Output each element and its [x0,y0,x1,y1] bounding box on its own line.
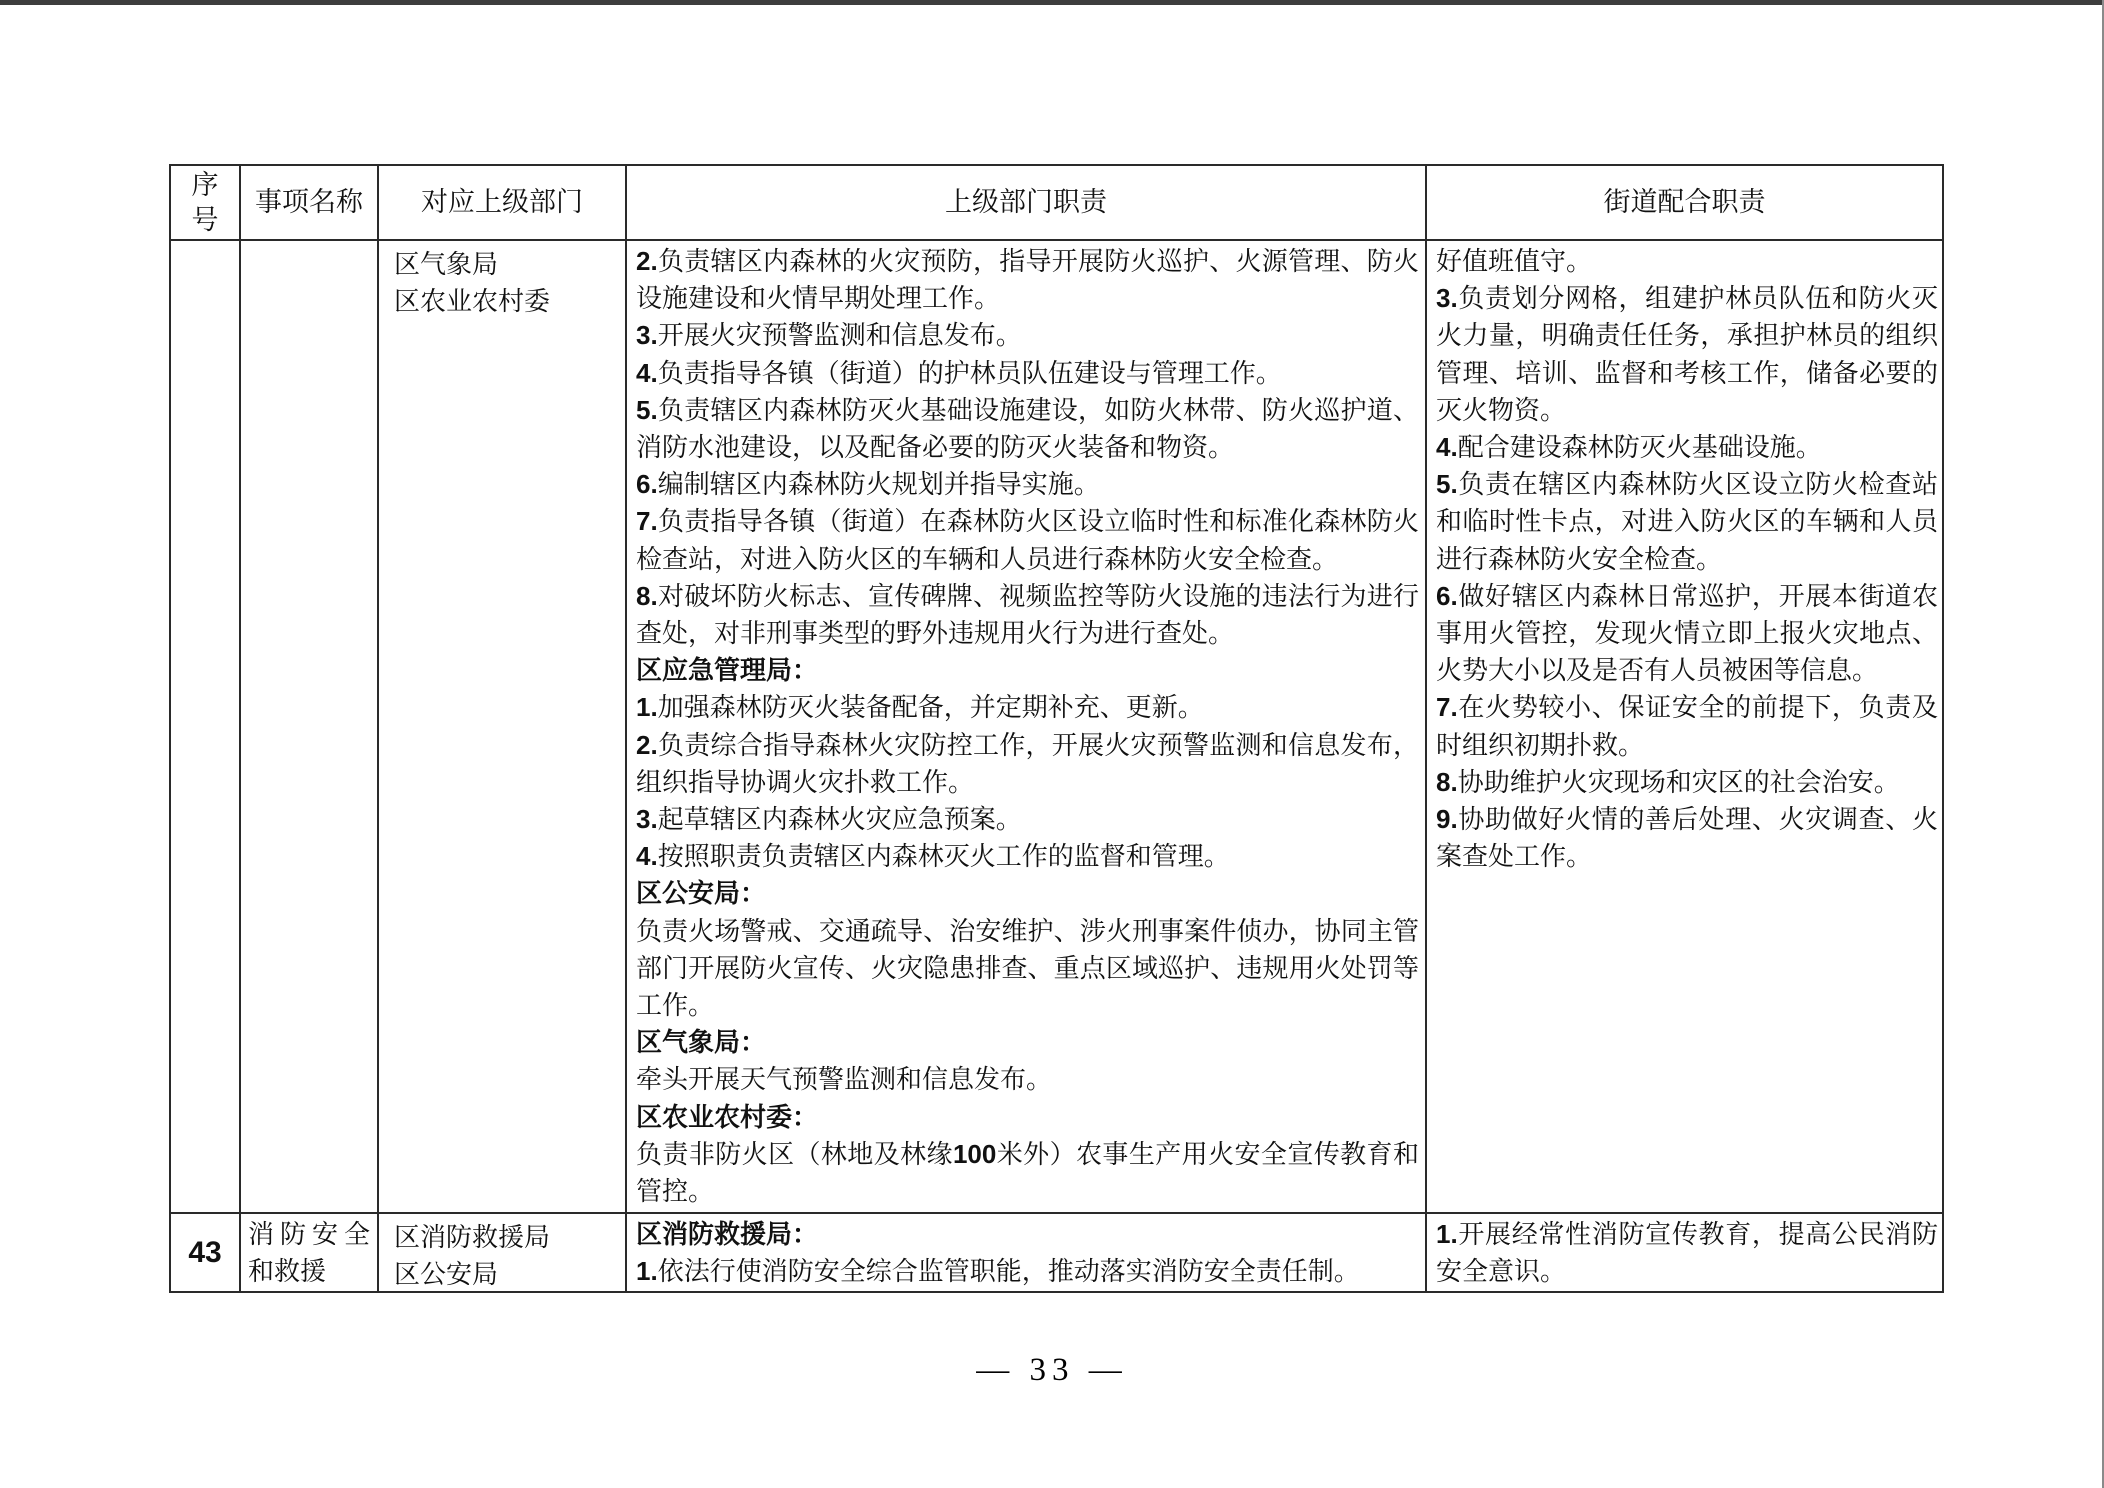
row-continued-name-cell [241,241,379,1214]
department-heading: 区应急管理局： [636,652,1419,689]
duty-item: 1.开展经常性消防宣传教育，提高公民消防安全意识。 [1436,1216,1938,1290]
row-continued-departments-cell: 区气象局区农业农村委 [379,241,627,1214]
duty-item: 7.在火势较小、保证安全的前提下，负责及时组织初期扑救。 [1436,689,1938,763]
row-43-street-duties-cell: 1.开展经常性消防宣传教育，提高公民消防安全意识。 [1427,1214,1942,1291]
department-heading: 区消防救援局： [636,1216,1419,1253]
duty-item: 3.负责划分网格，组建护林员队伍和防火灭火力量，明确责任任务，承担护林员的组织管… [1436,280,1938,429]
duty-item: 6.做好辖区内森林日常巡护，开展本街道农事用火管控，发现火情立即上报火灾地点、火… [1436,578,1938,690]
header-label-seq: 序号 [189,168,221,238]
duty-item: 4.配合建设森林防灭火基础设施。 [1436,429,1938,466]
duty-item: 负责非防火区（林地及林缘100米外）农事生产用火安全宣传教育和管控。 [636,1136,1419,1210]
duty-item: 4.负责指导各镇（街道）的护林员队伍建设与管理工作。 [636,355,1419,392]
page-number: — 33 — [0,1352,2104,1389]
duty-item: 2.负责综合指导森林火灾防控工作，开展火灾预警监测和信息发布，组织指导协调火灾扑… [636,727,1419,801]
duty-item: 区公安局 [394,1256,619,1291]
row-continued-superior-duties-cell: 2.负责辖区内森林的火灾预防，指导开展防火巡护、火源管理、防火设施建设和火情早期… [627,241,1427,1214]
row-43-name-cell: 消防安全和救援 [241,1214,379,1291]
row-continued-street-duties-cell: 好值班值守。3.负责划分网格，组建护林员队伍和防火灭火力量，明确责任任务，承担护… [1427,241,1942,1214]
row-continued-seq-cell [171,241,241,1214]
duty-item: 区消防救援局 [394,1219,619,1256]
department-heading: 区气象局： [636,1024,1419,1061]
duty-item: 好值班值守。 [1436,243,1938,280]
header-cell-superior-dept: 对应上级部门 [379,166,627,241]
department-heading: 区农业农村委： [636,1099,1419,1136]
duty-item: 区农业农村委 [394,283,619,320]
duty-item: 3.开展火灾预警监测和信息发布。 [636,317,1419,354]
duty-item: 1.依法行使消防安全综合监管职能，推动落实消防安全责任制。 [636,1253,1419,1290]
duty-item: 3.起草辖区内森林火灾应急预案。 [636,801,1419,838]
duty-item: 9.协助做好火情的善后处理、火灾调查、火案查处工作。 [1436,801,1938,875]
duty-item: 8.协助维护火灾现场和灾区的社会治安。 [1436,764,1938,801]
header-cell-street-duties: 街道配合职责 [1427,166,1942,241]
duty-item: 1.加强森林防灭火装备配备，并定期补充、更新。 [636,689,1419,726]
duty-item: 5.负责辖区内森林防灭火基础设施建设，如防火林带、防火巡护道、消防水池建设，以及… [636,392,1419,466]
row-43-seq-cell: 43 [171,1214,241,1291]
row-43-departments-cell: 区消防救援局区公安局 [379,1214,627,1291]
responsibility-table: 序号 事项名称 对应上级部门 上级部门职责 街道配合职责 区气象局区农业农村委 … [169,164,1944,1293]
window-top-edge [0,0,2104,5]
duty-item: 5.负责在辖区内森林防火区设立防火检查站和临时性卡点，对进入防火区的车辆和人员进… [1436,466,1938,578]
header-cell-item-name: 事项名称 [241,166,379,241]
row-43-superior-duties-cell: 区消防救援局：1.依法行使消防安全综合监管职能，推动落实消防安全责任制。 [627,1214,1427,1291]
duty-item: 7.负责指导各镇（街道）在森林防火区设立临时性和标准化森林防火检查站，对进入防火… [636,503,1419,577]
document-page: 序号 事项名称 对应上级部门 上级部门职责 街道配合职责 区气象局区农业农村委 … [0,0,2104,1488]
header-cell-seq: 序号 [171,166,241,241]
duty-item: 6.编制辖区内森林防火规划并指导实施。 [636,466,1419,503]
duty-item: 负责火场警戒、交通疏导、治安维护、涉火刑事案件侦办，协同主管部门开展防火宣传、火… [636,913,1419,1025]
duty-item: 2.负责辖区内森林的火灾预防，指导开展防火巡护、火源管理、防火设施建设和火情早期… [636,243,1419,317]
duty-item: 区气象局 [394,246,619,283]
duty-item: 牵头开展天气预警监测和信息发布。 [636,1061,1419,1098]
department-heading: 区公安局： [636,875,1419,912]
duty-item: 8.对破坏防火标志、宣传碑牌、视频监控等防火设施的违法行为进行查处，对非刑事类型… [636,578,1419,652]
header-cell-superior-duties: 上级部门职责 [627,166,1427,241]
duty-item: 4.按照职责负责辖区内森林灭火工作的监督和管理。 [636,838,1419,875]
